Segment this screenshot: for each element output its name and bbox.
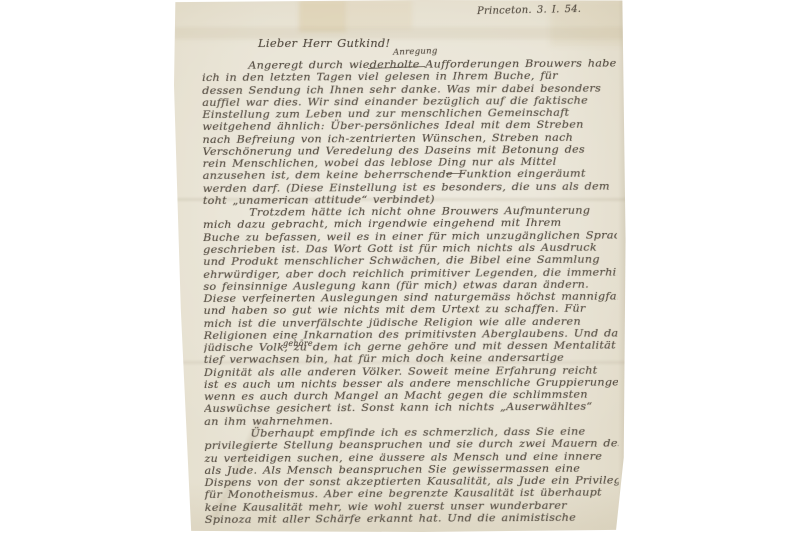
paper-stain-top-center [299,0,346,32]
paper-discolor-band [174,27,626,39]
inserted-word-anregung: Anregung [393,46,438,58]
handwriting-line: Auswüchse gesichert ist. Sonst kann ich … [204,402,619,417]
letter-paper: Princeton. 3. I. 54. Lieber Herr Gutkind… [174,0,626,532]
paper-stain-top-center-light [346,0,412,29]
handwriting-line: werden darf. (Diese Einstellung ist es b… [203,181,619,196]
paragraph-3: Überhaupt empfinde ich es schmerzlich, d… [204,426,619,527]
paper-edge-shadow [618,0,626,532]
paragraph-1: Angeregt durch wiederholte Aufforderunge… [202,58,619,208]
letter-body: Angeregt durch wiederholte Aufforderunge… [202,58,619,527]
paragraph-2: Trotzdem hätte ich nicht ohne Brouwers A… [203,205,619,429]
salutation: Lieber Herr Gutkind! [258,36,390,50]
letter-photo: Princeton. 3. I. 54. Lieber Herr Gutkind… [0,0,801,534]
dateline: Princeton. 3. I. 54. [477,4,581,17]
handwriting-line: Spinoza mit aller Schärfe erkannt hat. U… [205,512,619,527]
